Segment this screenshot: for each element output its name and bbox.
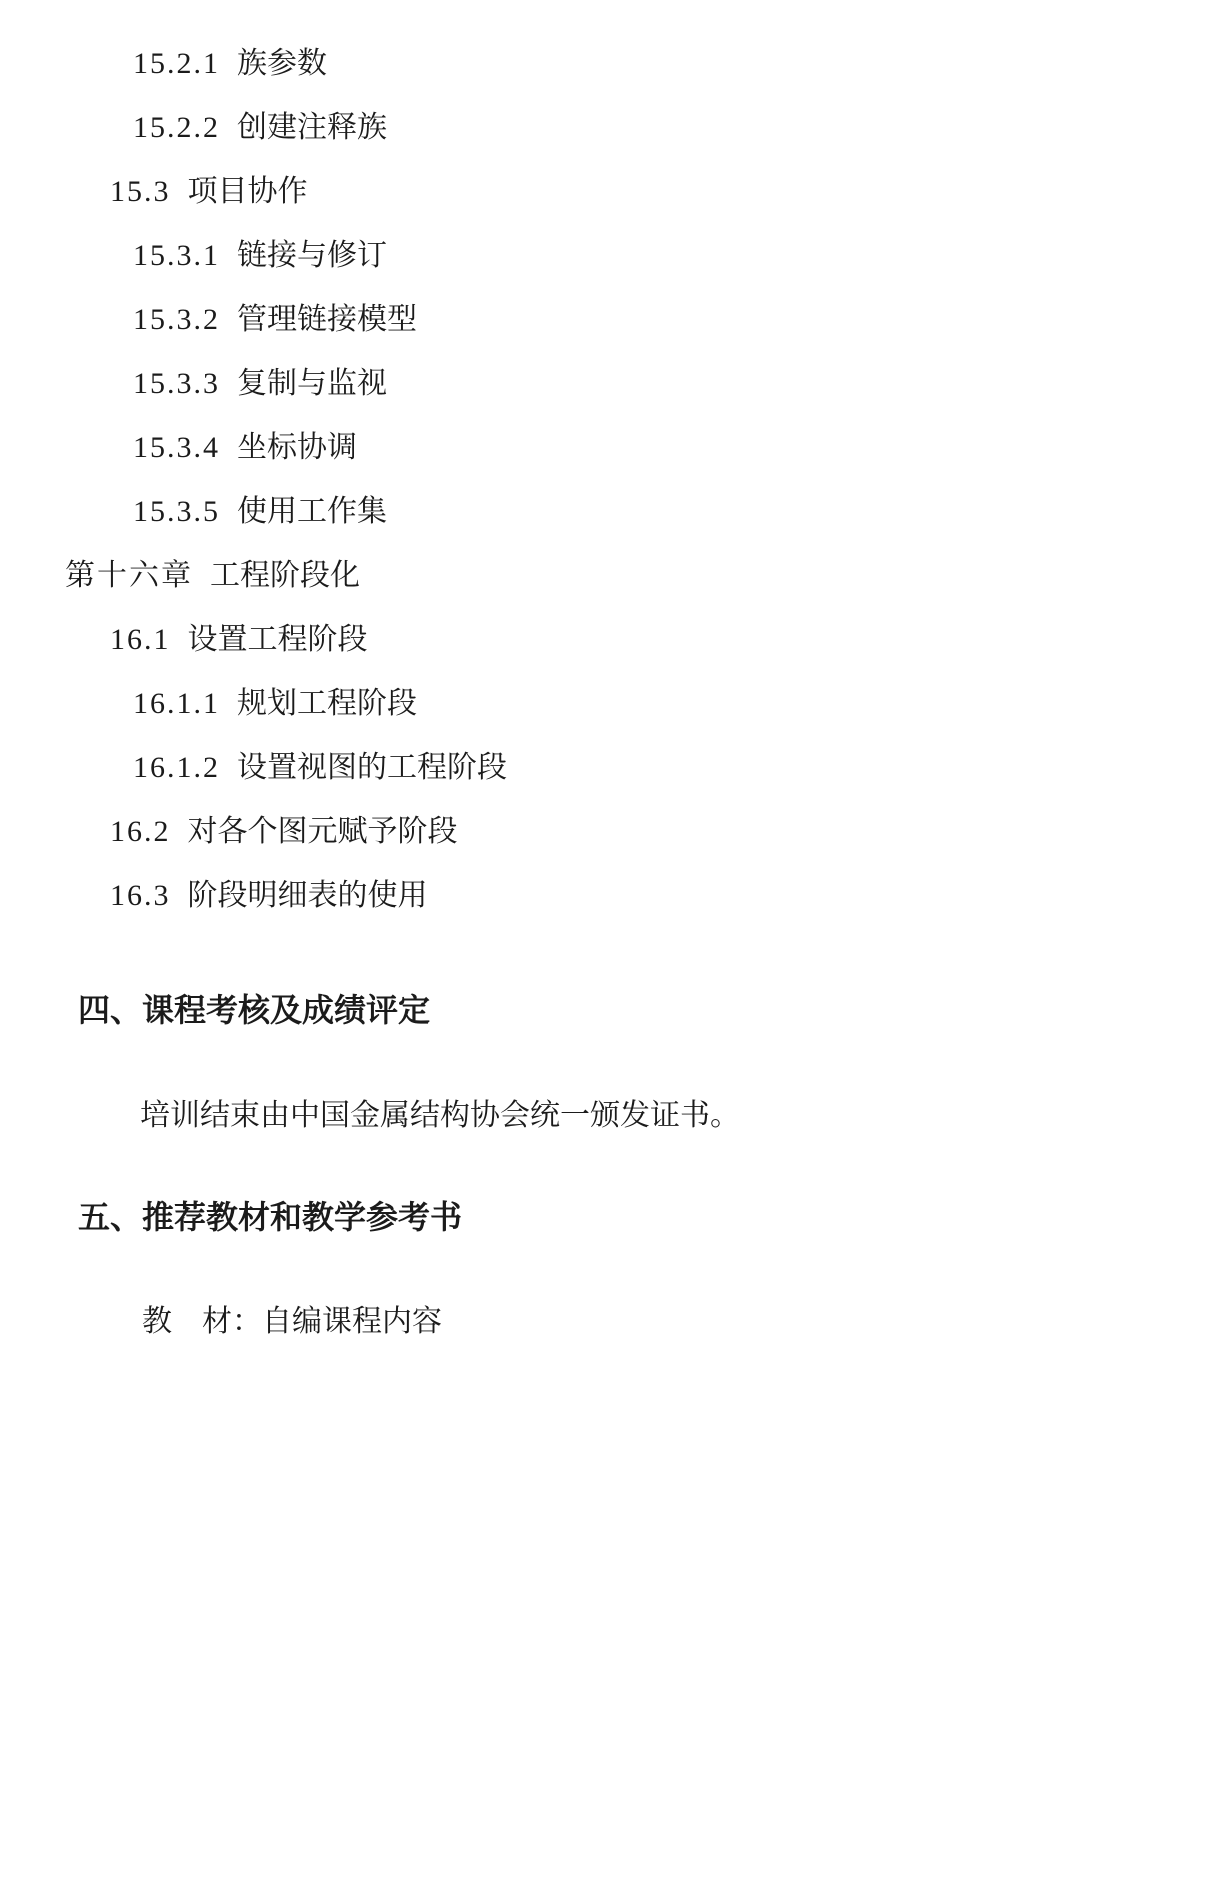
section-heading-assessment: 四、课程考核及成绩评定 [0,978,1215,1042]
toc-entry-number: 16.1.2 [133,751,220,784]
toc-entry: 15.3项目协作 [0,160,1215,224]
toc-entry: 15.2.1族参数 [0,32,1215,96]
toc-entry-title: 项目协作 [188,175,308,208]
toc-entry-title: 设置工程阶段 [188,623,368,656]
toc-entry-title: 复制与监视 [237,367,387,400]
toc-entry-title: 族参数 [237,47,327,80]
toc-entry: 16.1.2设置视图的工程阶段 [0,736,1215,800]
toc-entry: 16.1设置工程阶段 [0,608,1215,672]
toc-entry-title: 设置视图的工程阶段 [237,751,507,784]
section-heading-materials: 五、推荐教材和教学参考书 [0,1185,1215,1249]
toc-entry: 15.3.4坐标协调 [0,416,1215,480]
assessment-paragraph: 培训结束由中国金属结构协会统一颁发证书。 [0,1084,1215,1148]
toc-entry: 15.3.3复制与监视 [0,352,1215,416]
toc-entry-title: 坐标协调 [237,431,357,464]
materials-paragraph: 教 材：自编课程内容 [0,1290,1215,1354]
toc-entry: 16.2对各个图元赋予阶段 [0,800,1215,864]
toc-entry-title: 管理链接模型 [237,303,417,336]
toc-entry-title: 创建注释族 [237,111,387,144]
toc-entry: 15.3.2管理链接模型 [0,288,1215,352]
toc-entry-number: 15.3 [110,175,171,208]
toc-entry-number: 16.1 [110,623,171,656]
toc-entry-number: 16.1.1 [133,687,220,720]
document-page: 15.2.1族参数15.2.2创建注释族15.3项目协作15.3.1链接与修订1… [0,0,1215,1896]
toc-entry: 16.1.1规划工程阶段 [0,672,1215,736]
toc-entry-number: 15.3.1 [133,239,220,272]
toc-entry-number: 15.3.4 [133,431,220,464]
table-of-contents: 15.2.1族参数15.2.2创建注释族15.3项目协作15.3.1链接与修订1… [0,32,1215,928]
toc-entry-number: 15.3.5 [133,495,220,528]
toc-entry-number: 15.2.2 [133,111,220,144]
toc-entry-number: 15.2.1 [133,47,220,80]
toc-entry-title: 对各个图元赋予阶段 [188,815,458,848]
toc-entry: 15.2.2创建注释族 [0,96,1215,160]
toc-entry: 16.3阶段明细表的使用 [0,864,1215,928]
toc-entry: 15.3.5使用工作集 [0,480,1215,544]
toc-entry-title: 规划工程阶段 [237,687,417,720]
toc-entry-title: 阶段明细表的使用 [188,879,428,912]
toc-entry-title: 工程阶段化 [210,559,360,592]
toc-entry: 15.3.1链接与修订 [0,224,1215,288]
toc-entry-number: 16.3 [110,879,171,912]
toc-entry-number: 第十六章 [65,559,193,592]
toc-entry-title: 链接与修订 [237,239,387,272]
toc-entry-title: 使用工作集 [237,495,387,528]
toc-entry-number: 16.2 [110,815,171,848]
toc-entry: 第十六章工程阶段化 [0,544,1215,608]
toc-entry-number: 15.3.2 [133,303,220,336]
toc-entry-number: 15.3.3 [133,367,220,400]
